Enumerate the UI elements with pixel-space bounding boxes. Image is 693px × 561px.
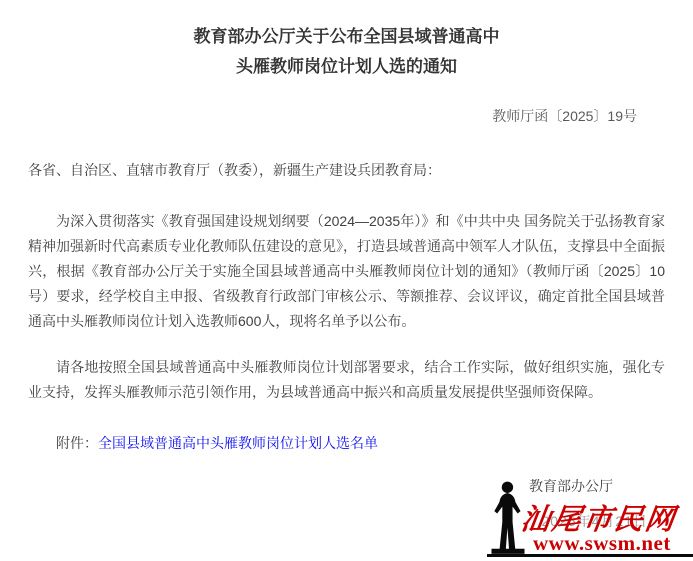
attachment-label: 附件： [56, 435, 98, 451]
document-number: 教师厅函〔2025〕19号 [28, 106, 665, 126]
body-paragraph-2: 请各地按照全国县域普通高中头雁教师岗位计划部署要求，结合工作实际，做好组织实施，… [28, 355, 665, 405]
salutation-line: 各省、自治区、直辖市教育厅（教委），新疆生产建设兵团教育局： [28, 158, 665, 183]
document-title: 教育部办公厅关于公布全国县域普通高中 头雁教师岗位计划人选的通知 [28, 22, 665, 82]
document-title-line2: 头雁教师岗位计划人选的通知 [28, 52, 665, 82]
notice-document-page: 教育部办公厅关于公布全国县域普通高中 头雁教师岗位计划人选的通知 教师厅函〔20… [0, 0, 693, 561]
attachment-line: 附件：全国县域普通高中头雁教师岗位计划人选名单 [28, 431, 665, 456]
site-watermark: 汕尾市民网 www.swsm.net [481, 481, 693, 561]
attachment-link[interactable]: 全国县域普通高中头雁教师岗位计划人选名单 [98, 435, 378, 451]
document-title-line1: 教育部办公厅关于公布全国县域普通高中 [28, 22, 665, 52]
watermark-site-url: www.swsm.net [533, 531, 691, 556]
body-paragraph-1: 为深入贯彻落实《教育强国建设规划纲要（2024—2035年）》和《中共中央 国务… [28, 209, 665, 334]
